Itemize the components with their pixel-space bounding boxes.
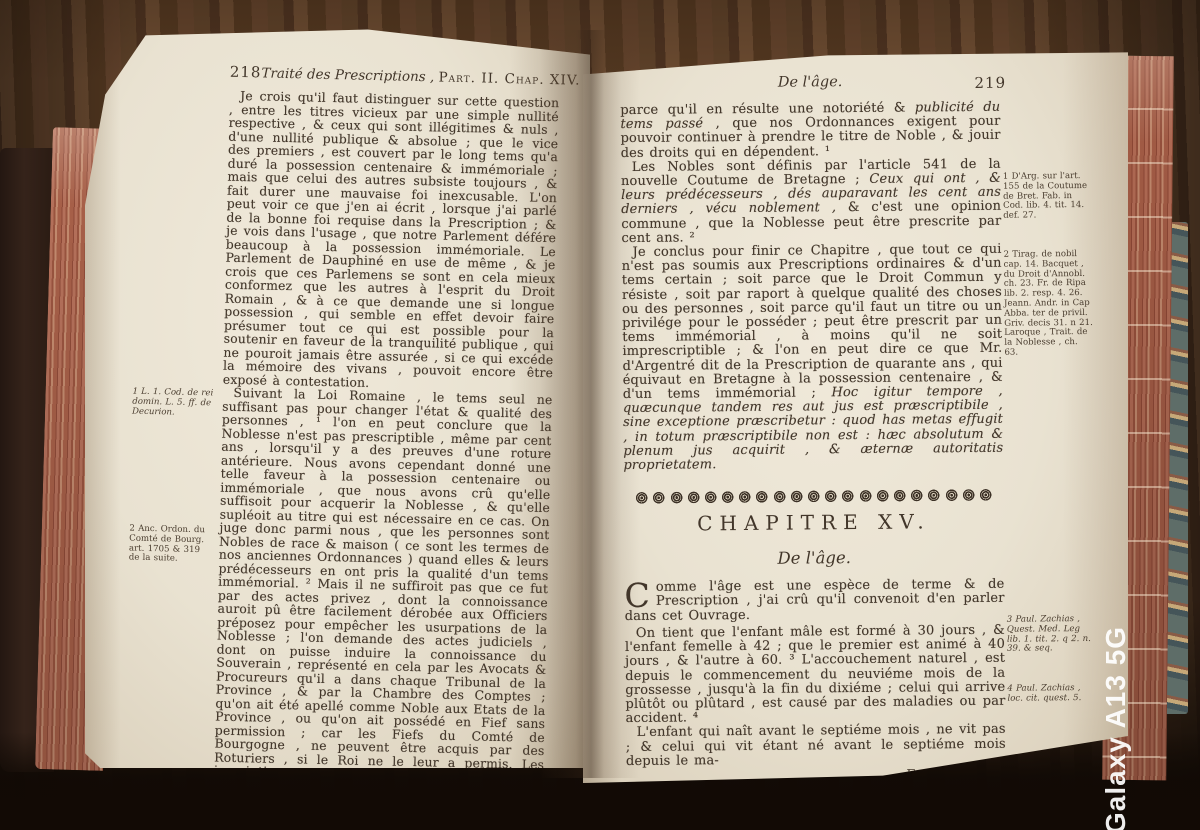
margin-note: 1 D'Arg. sur l'art. 155 de la Coutume de… (1003, 172, 1093, 222)
right-running-head: De l'âge. 219 (620, 73, 1000, 94)
rosette-ornament (808, 490, 820, 502)
text-segment: omme l'âge est une espèce de terme & de … (625, 577, 1005, 624)
rosette-ornament (653, 491, 665, 503)
rosette-ornament (825, 490, 837, 502)
left-running-title: Traité des Prescriptions , Part. II. Cha… (261, 65, 580, 88)
rosette-ornament (894, 489, 906, 501)
rosette-ornament (636, 492, 648, 504)
margin-note: 4 Paul. Zachias , loc. cit. quest. 5. (1007, 684, 1097, 704)
margin-note: 2 Anc. Ordon. du Comté de Bourg. art. 17… (129, 525, 214, 566)
rosette-ornament (945, 489, 957, 501)
rosette-ornament (722, 491, 734, 503)
paragraph: On tient que l'enfant mâle est formé à 3… (625, 624, 1006, 727)
running-title-italic: Traité des Prescriptions , (261, 65, 434, 85)
chapter-heading: CHAPITRE XV. (624, 509, 1004, 536)
drop-cap: C (624, 581, 656, 609)
left-running-head: 218 Traité des Prescriptions , Part. II.… (230, 63, 560, 88)
text-segment: On tient que l'enfant mâle est formé à 3… (625, 623, 1006, 727)
rosette-ornament (876, 490, 888, 502)
running-title-caps: Part. II. Chap. XIV. (438, 69, 580, 88)
rosette-ornament (928, 489, 940, 501)
text-segment: L'enfant qui naît avant le septiéme mois… (626, 722, 1006, 769)
right-page: De l'âge. 219 parce qu'il en résulte une… (583, 48, 1128, 783)
rosette-ornament (842, 490, 854, 502)
paragraph: parce qu'il en résulte une notoriété & p… (620, 101, 1000, 161)
right-page-number: 219 (974, 74, 1006, 92)
printers-ornament-row (624, 484, 1004, 502)
paragraph-dropcap: Comme l'âge est une espèce de terme & de… (624, 578, 1004, 624)
rosette-ornament (962, 489, 974, 501)
camera-watermark: Galaxy A13 5G (1100, 634, 1146, 830)
rosette-ornament (756, 491, 768, 503)
left-page-number: 218 (230, 63, 262, 82)
rosette-ornament (687, 491, 699, 503)
margin-note: 1 L. 1. Cod. de rei domin. L. 5. ff. de … (132, 388, 217, 419)
paragraph: Je crois qu'il faut distinguer sur cette… (223, 89, 560, 393)
book-photo: 218 Traité des Prescriptions , Part. II.… (0, 0, 1200, 830)
right-page-upper-body: parce qu'il en résulte une notoriété & p… (620, 101, 1003, 474)
paragraph: Je conclus pour finir ce Chapitre , que … (621, 243, 1003, 474)
left-page: 218 Traité des Prescriptions , Part. II.… (85, 28, 590, 768)
margin-note: 3 Paul. Zachias , Quest. Med. Leg lib. 1… (1007, 615, 1097, 655)
left-page-body: Je crois qu'il faut distinguer sur cette… (213, 89, 559, 812)
margin-note: 2 Tirag. de nobil cap. 14. Bacquet , du … (1004, 250, 1095, 359)
rosette-ornament (911, 489, 923, 501)
chapter-subtitle: De l'âge. (624, 547, 1004, 569)
rosette-ornament (859, 490, 871, 502)
rosette-ornament (705, 491, 717, 503)
text-segment: Je crois qu'il faut distinguer sur cette… (223, 88, 560, 389)
paragraph: Suivant la Loi Romaine , le tems seul ne… (213, 386, 552, 812)
rosette-ornament (773, 490, 785, 502)
text-segment: Suivant la Loi Romaine , le tems seul ne… (213, 385, 552, 809)
paragraph: L'enfant qui naît avant le septiéme mois… (626, 723, 1006, 769)
right-page-lower-body: On tient que l'enfant mâle est formé à 3… (625, 624, 1006, 769)
text-segment: Je conclus pour finir ce Chapitre , que … (622, 242, 1003, 402)
rosette-ornament (979, 489, 991, 501)
paragraph: Les Nobles sont définis par l'article 54… (621, 158, 1002, 247)
rosette-ornament (739, 491, 751, 503)
rosette-ornament (790, 490, 802, 502)
right-running-title: De l'âge. (778, 74, 843, 91)
rosette-ornament (670, 491, 682, 503)
